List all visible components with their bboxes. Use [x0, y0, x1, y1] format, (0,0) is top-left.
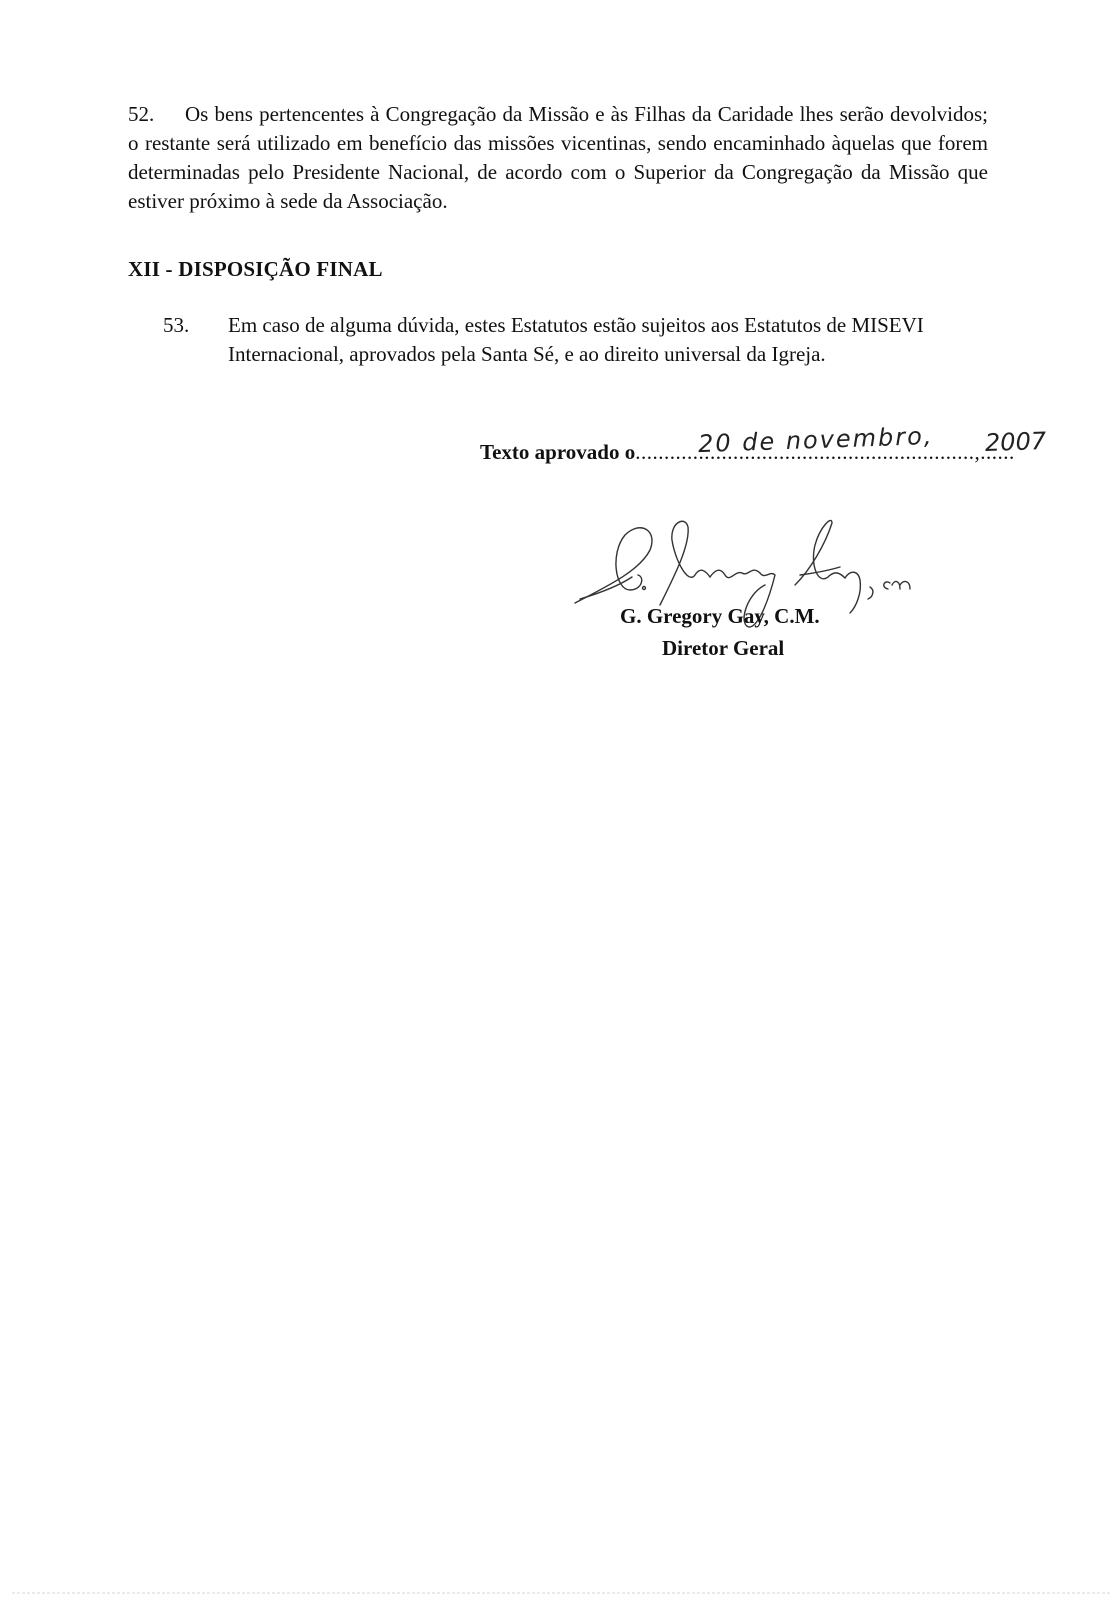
- paragraph-52: 52.Os bens pertencentes à Congregação da…: [128, 100, 988, 216]
- paragraph-number: 52.: [128, 100, 185, 129]
- scan-edge-artifact: [12, 1592, 1112, 1594]
- signer-name: G. Gregory Gay, C.M.: [620, 604, 820, 629]
- signer-title: Diretor Geral: [662, 636, 784, 661]
- paragraph-text: Em caso de alguma dúvida, estes Estatuto…: [228, 311, 1003, 369]
- paragraph-number: 53.: [163, 311, 189, 340]
- paragraph-text: Os bens pertencentes à Congregação da Mi…: [128, 102, 988, 213]
- approval-label: Texto aprovado o: [480, 440, 635, 464]
- section-heading: XII - DISPOSIÇÃO FINAL: [128, 257, 383, 282]
- handwritten-year: 2007: [985, 427, 1047, 457]
- paragraph-53: 53. Em caso de alguma dúvida, estes Esta…: [163, 311, 1003, 369]
